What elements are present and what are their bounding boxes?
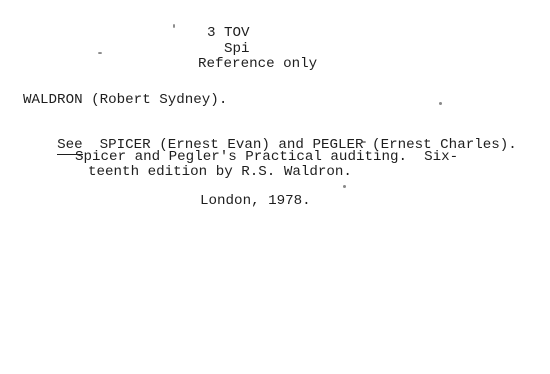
classification-call-number: 3 TOV <box>207 26 250 42</box>
imprint: London, 1978. <box>200 194 311 210</box>
ink-speck <box>439 102 442 105</box>
ink-speck <box>173 24 175 28</box>
title-note-line-2: teenth edition by R.S. Waldron. <box>88 165 352 181</box>
main-entry-heading: WALDRON (Robert Sydney). <box>23 93 227 109</box>
ink-speck <box>343 185 346 188</box>
reference-only-note: Reference only <box>198 57 317 73</box>
ink-speck <box>98 52 102 54</box>
ink-speck <box>362 141 366 143</box>
catalog-card: 3 TOV Spi Reference only WALDRON (Robert… <box>0 0 550 374</box>
